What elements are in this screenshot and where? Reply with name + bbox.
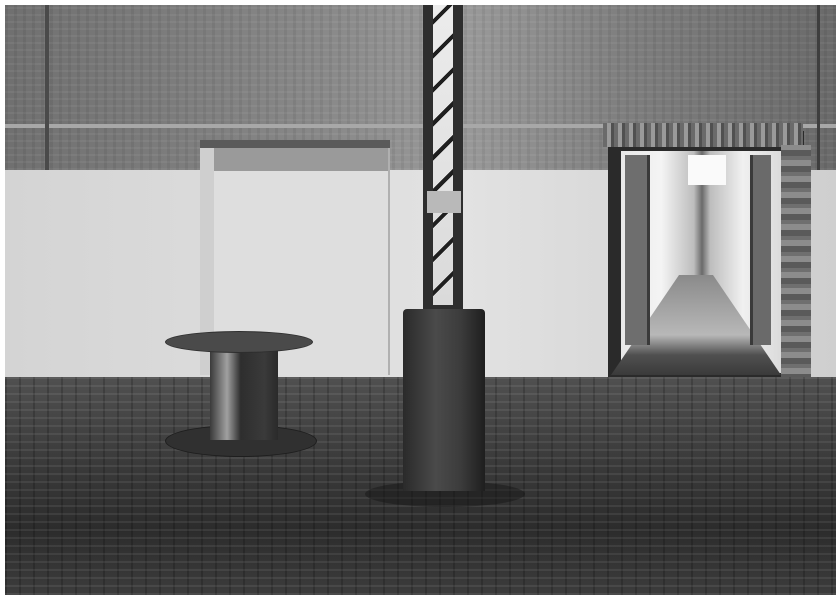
- niche-lintel: [200, 140, 390, 148]
- column-base: [403, 309, 485, 491]
- door-leaf-right: [750, 155, 771, 345]
- vertical-pipe-left: [45, 5, 49, 170]
- brick-door-jamb: [781, 145, 811, 380]
- riveted-bracket: [427, 191, 461, 213]
- door-lintel: [603, 123, 803, 147]
- spool-top-flange: [165, 331, 313, 353]
- photograph: [5, 5, 836, 595]
- column-lattice: [433, 5, 453, 305]
- skylight: [688, 155, 726, 185]
- spool-core: [210, 348, 278, 440]
- door-leaf-left: [625, 155, 650, 345]
